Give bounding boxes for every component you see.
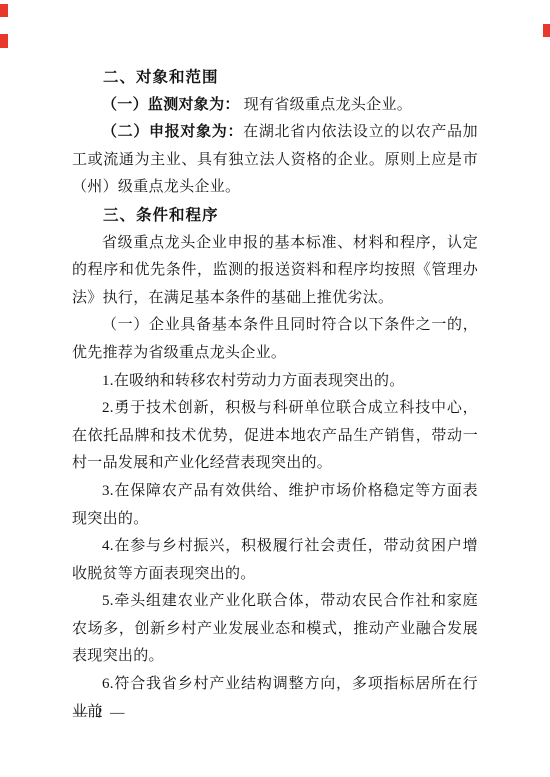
list-item-text: 2.勇于技术创新，积极与科研单位联合成立科技中心，在依托品牌和技术优势，促进本地… [72,400,478,471]
document-page: 二、对象和范围 （一）监测对象为： 现有省级重点龙头企业。 （二）申报对象为：在… [0,0,550,777]
list-item: 1.在吸纳和转移农村劳动力方面表现突出的。 [72,368,478,396]
paragraph: （一）企业具备基本条件且同时符合以下条件之一的，优先推荐为省级重点龙头企业。 [72,312,478,367]
red-scan-mark-icon [543,24,550,37]
list-item-text: 6.符合我省乡村产业结构调整方向，多项指标居所在行业前 [72,676,478,720]
list-item: 2.勇于技术创新，积极与科研单位联合成立科技中心，在依托品牌和技术优势，促进本地… [72,395,478,478]
list-item-text: 5.牵头组建农业产业化联合体，带动农民合作社和家庭农场多，创新乡村产业发展业态和… [72,593,478,664]
list-item-text: 4.在参与乡村振兴，积极履行社会责任，带动贫困户增收脱贫等方面表现突出的。 [72,538,478,582]
section-heading-text: 二、对象和范围 [103,69,219,86]
paragraph-text: 省级重点龙头企业申报的基本标准、材料和程序，认定的程序和优先条件，监测的报送资料… [72,235,478,306]
document-body: 二、对象和范围 （一）监测对象为： 现有省级重点龙头企业。 （二）申报对象为：在… [72,64,478,726]
paragraph: （一）监测对象为： 现有省级重点龙头企业。 [72,92,478,120]
list-item-text: 3.在保障农产品有效供给、维护市场价格稳定等方面表现突出的。 [72,483,478,527]
red-scan-mark-icon [0,4,8,17]
list-item: 5.牵头组建农业产业化联合体，带动农民合作社和家庭农场多，创新乡村产业发展业态和… [72,588,478,671]
section-heading: 二、对象和范围 [72,64,478,92]
list-item: 6.符合我省乡村产业结构调整方向，多项指标居所在行业前 [72,671,478,726]
red-scan-mark-icon [0,34,8,48]
paragraph: （二）申报对象为：在湖北省内依法设立的以农产品加工或流通为主业、具有独立法人资格… [72,119,478,202]
paragraph: 省级重点龙头企业申报的基本标准、材料和程序，认定的程序和优先条件，监测的报送资料… [72,230,478,313]
paragraph-bold-label: （一）监测对象为： [102,97,240,113]
section-heading-text: 三、条件和程序 [103,207,219,224]
paragraph-text: 现有省级重点龙头企业。 [240,97,412,113]
list-item: 4.在参与乡村振兴，积极履行社会责任，带动贫困户增收脱贫等方面表现突出的。 [72,533,478,588]
section-heading: 三、条件和程序 [72,202,478,230]
paragraph-bold-label: （二）申报对象为： [102,124,243,140]
paragraph-text: （一）企业具备基本条件且同时符合以下条件之一的，优先推荐为省级重点龙头企业。 [72,317,478,361]
list-item: 3.在保障农产品有效供给、维护市场价格稳定等方面表现突出的。 [72,478,478,533]
list-item-text: 1.在吸纳和转移农村劳动力方面表现突出的。 [102,373,405,389]
page-number: — 2 — [73,705,127,722]
